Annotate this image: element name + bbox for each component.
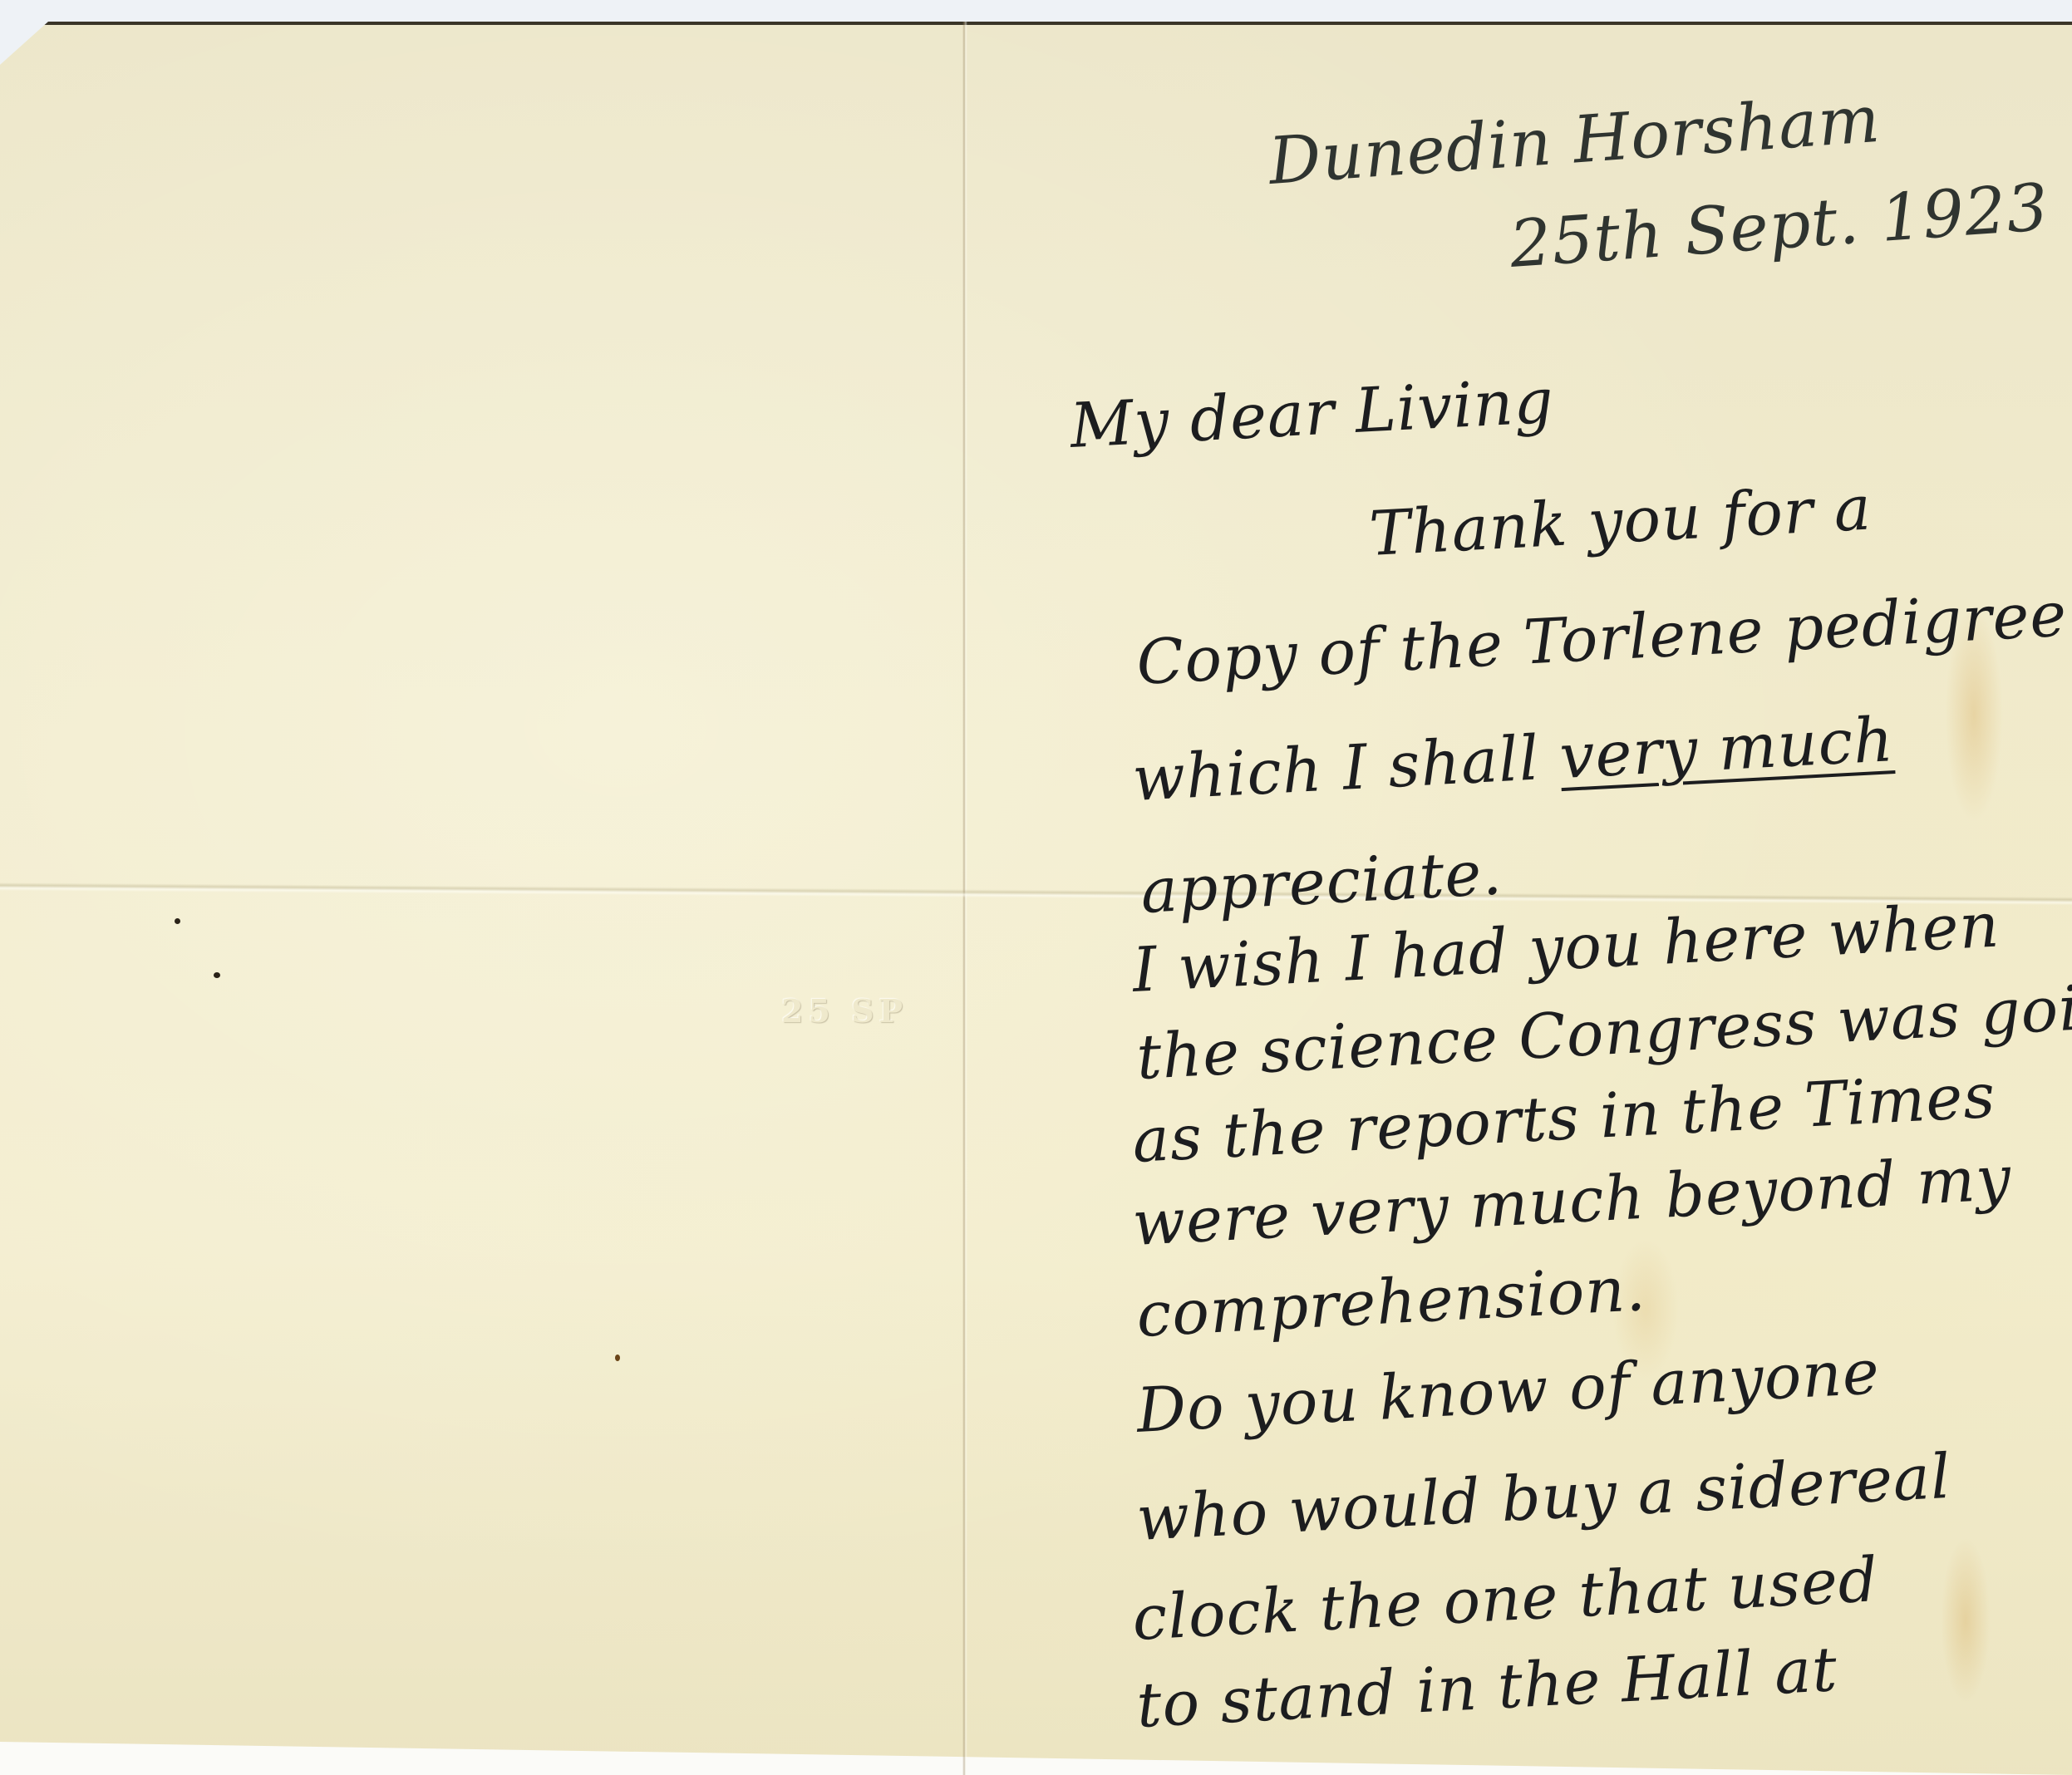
foxing-stain: [1941, 1537, 1991, 1704]
embossed-date-stamp: 25 SP: [781, 993, 908, 1030]
rust-speck: [615, 1355, 620, 1361]
vertical-fold-crease: [962, 22, 967, 1775]
ink-speck: [214, 972, 220, 978]
letter-scan: 25 SP ​ Dunedin Horsham 25th Sept. 1923 …: [0, 0, 2072, 1775]
ink-speck: [175, 918, 180, 924]
